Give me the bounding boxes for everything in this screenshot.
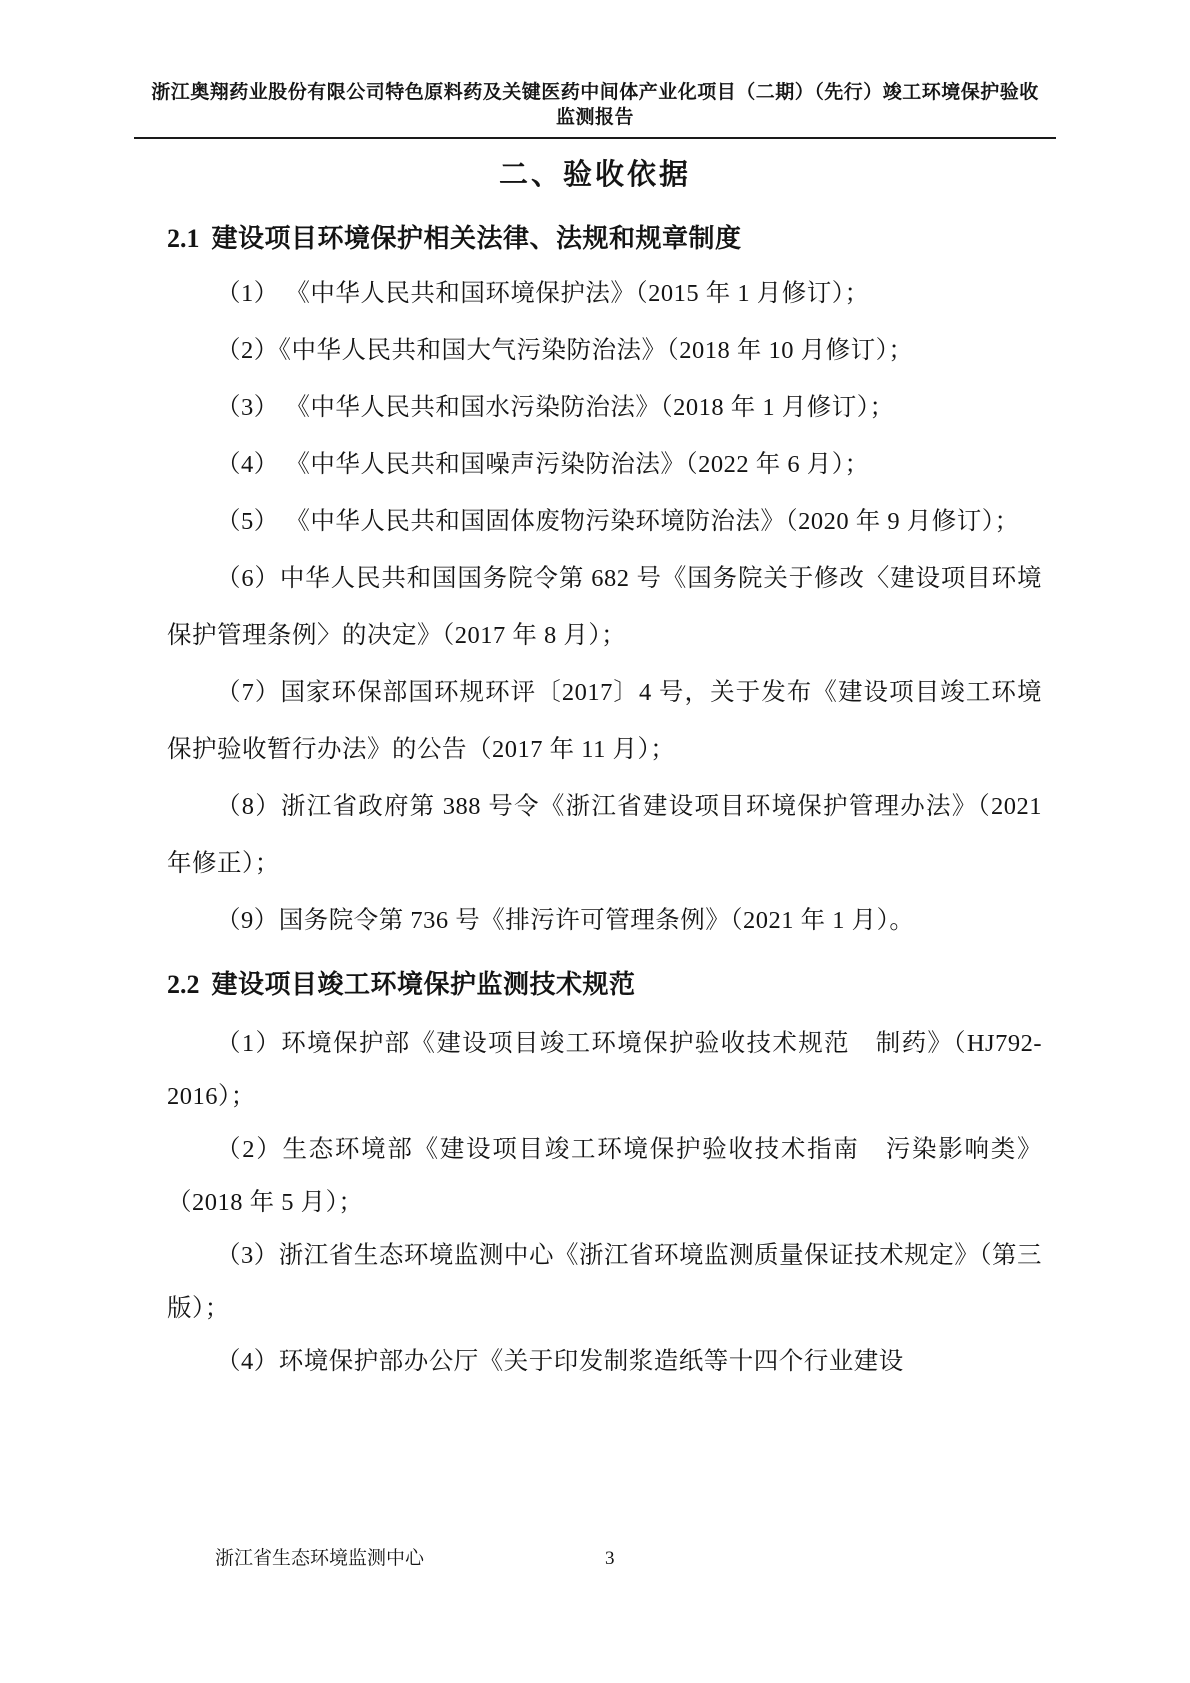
legal-item-2: （2）《中华人民共和国大气污染防治法》（2018 年 10 月修订）；: [167, 322, 1042, 379]
spec-item-3: （3）浙江省生态环境监测中心《浙江省环境监测质量保证技术规定》（第三版）；: [167, 1229, 1042, 1335]
section-2-1-body: （1） 《中华人民共和国环境保护法》（2015 年 1 月修订）； （2）《中华…: [0, 265, 1190, 949]
section-2-1-number: 2.1: [167, 224, 200, 253]
legal-item-6: （6）中华人民共和国国务院令第 682 号《国务院关于修改〈建设项目环境保护管理…: [167, 550, 1042, 664]
section-2-2-heading: 2.2建设项目竣工环境保护监测技术规范: [0, 967, 1190, 1003]
legal-item-4: （4） 《中华人民共和国噪声污染防治法》（2022 年 6 月）；: [167, 436, 1042, 493]
header-divider: [134, 137, 1056, 139]
section-2-1-title: 建设项目环境保护相关法律、法规和规章制度: [212, 224, 742, 253]
section-2-2-title: 建设项目竣工环境保护监测技术规范: [212, 970, 636, 999]
header-line2: 监测报告: [556, 107, 634, 128]
page-number: 3: [605, 1546, 615, 1572]
section-2-1-heading: 2.1建设项目环境保护相关法律、法规和规章制度: [0, 221, 1190, 257]
legal-item-9: （9）国务院令第 736 号《排污许可管理条例》（2021 年 1 月）。: [167, 892, 1042, 949]
spec-item-4: （4）环境保护部办公厅《关于印发制浆造纸等十四个行业建设: [167, 1335, 1042, 1388]
spec-item-1: （1）环境保护部《建设项目竣工环境保护验收技术规范 制药》（HJ792-2016…: [167, 1017, 1042, 1123]
header-line1: 浙江奥翔药业股份有限公司特色原料药及关键医药中间体产业化项目（二期）（先行）竣工…: [151, 82, 1039, 103]
footer-organization: 浙江省生态环境监测中心: [215, 1546, 424, 1572]
section-2-2-number: 2.2: [167, 970, 200, 999]
legal-item-7: （7）国家环保部国环规环评〔2017〕4 号，关于发布《建设项目竣工环境保护验收…: [167, 664, 1042, 778]
legal-item-8: （8）浙江省政府第 388 号令《浙江省建设项目环境保护管理办法》（2021 年…: [167, 778, 1042, 892]
document-page: 浙江奥翔药业股份有限公司特色原料药及关键医药中间体产业化项目（二期）（先行）竣工…: [0, 0, 1190, 1683]
section-2-2-body: （1）环境保护部《建设项目竣工环境保护验收技术规范 制药》（HJ792-2016…: [0, 1017, 1190, 1388]
legal-item-5: （5） 《中华人民共和国固体废物污染环境防治法》（2020 年 9 月修订）；: [167, 493, 1042, 550]
legal-item-1: （1） 《中华人民共和国环境保护法》（2015 年 1 月修订）；: [167, 265, 1042, 322]
legal-item-3: （3） 《中华人民共和国水污染防治法》（2018 年 1 月修订）；: [167, 379, 1042, 436]
page-header: 浙江奥翔药业股份有限公司特色原料药及关键医药中间体产业化项目（二期）（先行）竣工…: [134, 0, 1056, 139]
page-title: 二、验收依据: [0, 155, 1190, 195]
header-text: 浙江奥翔药业股份有限公司特色原料药及关键医药中间体产业化项目（二期）（先行）竣工…: [134, 80, 1056, 130]
spec-item-2: （2）生态环境部《建设项目竣工环境保护验收技术指南 污染影响类》（2018 年 …: [167, 1123, 1042, 1229]
